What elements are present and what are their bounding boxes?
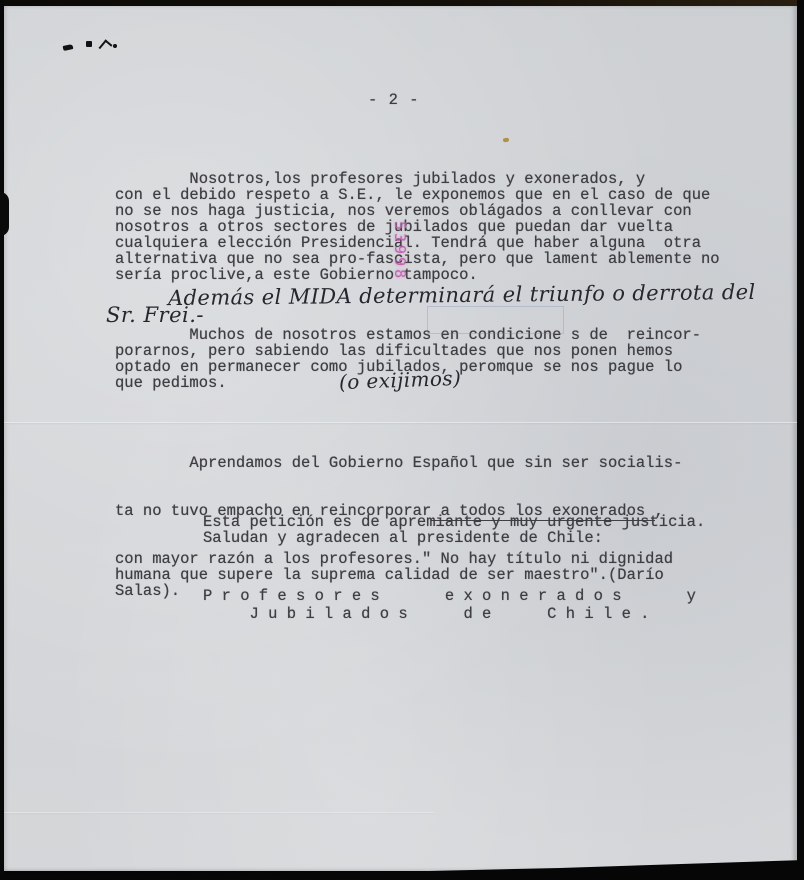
archive-stamp-number: 53998 [392,221,409,305]
paragraph-1: Nosotros,los profesores jubilados y exon… [115,171,720,283]
scan-left-border [0,0,4,880]
ink-speck [86,41,92,47]
handwritten-note-line-2: Sr. Frei.- [106,303,204,327]
handwritten-insertion: (o exijimos) [339,366,462,394]
scan-left-notch [0,192,9,236]
signature-block: P r o f e s o r e s e x o n e r a d o s … [203,587,696,623]
paper-crease-line-lower [4,812,434,813]
scan-top-border [0,0,804,6]
faint-stamp-box [427,306,564,334]
page-number: - 2 - [368,92,420,108]
scan-right-border [797,0,804,880]
ink-speck [113,44,117,48]
paragraph-3-line-1: Aprendamos del Gobierno Español que sin … [115,455,682,471]
paragraph-4: Esta petición es de apremiante y muy urg… [203,514,705,546]
scanned-document-page: - 2 - Nosotros,los profesores jubilados … [0,0,804,880]
